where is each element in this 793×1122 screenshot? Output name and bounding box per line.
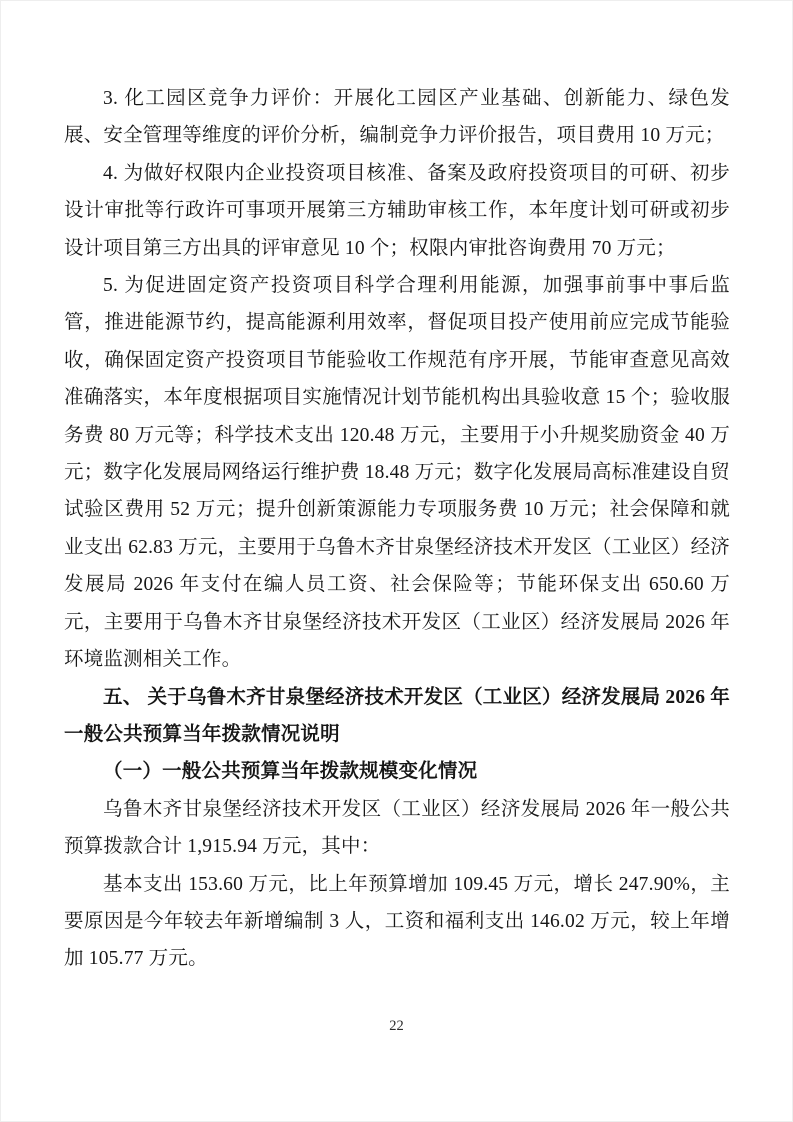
page-number: 22 xyxy=(0,1018,793,1035)
document-content: 3. 化工园区竞争力评价：开展化工园区产业基础、创新能力、绿色发展、安全管理等维… xyxy=(64,80,730,978)
heading-paragraph: 五、 关于乌鲁木齐甘泉堡经济技术开发区（工业区）经济发展局 2026 年一般公共… xyxy=(64,679,730,754)
document-page: 3. 化工园区竞争力评价：开展化工园区产业基础、创新能力、绿色发展、安全管理等维… xyxy=(0,0,793,1122)
body-paragraph: 4. 为做好权限内企业投资项目核准、备案及政府投资项目的可研、初步设计审批等行政… xyxy=(64,155,730,267)
body-paragraph: 乌鲁木齐甘泉堡经济技术开发区（工业区）经济发展局 2026 年一般公共预算拨款合… xyxy=(64,791,730,866)
body-paragraph: 基本支出 153.60 万元，比上年预算增加 109.45 万元，增长 247.… xyxy=(64,866,730,978)
body-paragraph: 3. 化工园区竞争力评价：开展化工园区产业基础、创新能力、绿色发展、安全管理等维… xyxy=(64,80,730,155)
body-paragraph: 5. 为促进固定资产投资项目科学合理利用能源，加强事前事中事后监管，推进能源节约… xyxy=(64,267,730,678)
heading-paragraph: （一）一般公共预算当年拨款规模变化情况 xyxy=(64,753,730,790)
